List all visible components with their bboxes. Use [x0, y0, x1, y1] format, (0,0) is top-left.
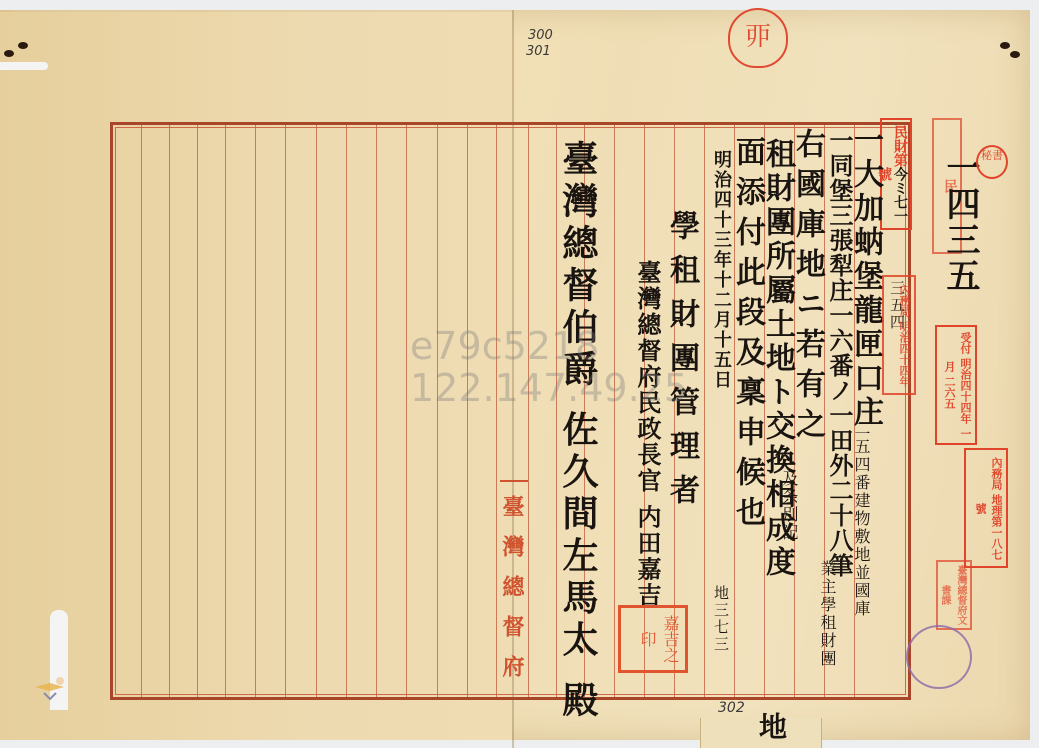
- purple-date-seal: [906, 625, 972, 689]
- text-column-9-addressee: 臺灣總督伯爵 佐久間左馬太 殿: [560, 140, 596, 723]
- pencil-page-number: 301: [526, 44, 551, 59]
- rule-line: [406, 125, 407, 697]
- registry-number: 今ミ七一: [892, 167, 908, 223]
- rule-line: [255, 125, 256, 697]
- rule-line: [141, 125, 142, 697]
- corner-big-number: 一四三五: [936, 150, 985, 294]
- form-label-bar: [500, 480, 528, 482]
- watermark-line-1: e79c5218: [410, 325, 688, 367]
- rule-line: [376, 125, 377, 697]
- text-column-6-date: 明治四十三年十二月十五日: [712, 150, 730, 390]
- pencil-page-number: 300: [528, 28, 553, 43]
- binding-hole: [18, 42, 28, 49]
- round-seal: 秘書: [976, 145, 1008, 179]
- side-stamp: 內務局 地理第一八七號: [964, 448, 1008, 568]
- watermark: e79c5218 122.147.49.25: [410, 325, 688, 409]
- text-column-5: 面添付此段及稟申候也: [732, 136, 762, 536]
- annotation-small: 二五四番建物敷地並國庫: [852, 420, 870, 618]
- side-stamp: 臺灣總督府文書課: [936, 560, 972, 630]
- binding-hole: [1010, 51, 1020, 58]
- text-column-8-signatory: 臺灣總督府民政長官 内田嘉吉: [632, 260, 662, 608]
- archive-logo-icon: [30, 665, 70, 705]
- watermark-line-2: 122.147.49.25: [410, 367, 688, 409]
- rule-line: [528, 125, 529, 697]
- paper-tear: [0, 62, 48, 70]
- rule-line: [285, 125, 286, 697]
- rule-line: [437, 125, 438, 697]
- registry-stamp: 民財第今ミ七一號: [880, 118, 912, 230]
- annotation-small: 地三七三: [712, 585, 730, 653]
- rule-line: [614, 125, 615, 697]
- rule-line: [346, 125, 347, 697]
- binding-hole: [1000, 42, 1010, 49]
- side-stamp: 內務局 明治四十四年: [882, 275, 916, 395]
- oval-seal: 丣: [728, 8, 788, 68]
- registry-stamp-prefix: 民財第: [892, 125, 908, 167]
- text-column-2: 一同堡三張犁庄一六番ノ一田外二十八筆: [826, 128, 852, 578]
- text-column-1: 一大加蚋堡龍匣口庄: [850, 124, 880, 430]
- rule-line: [467, 125, 468, 697]
- text-column-3: 右國庫地ニ若有之: [792, 128, 822, 448]
- side-stamp: 受付 明治四十四年 一月 二六五: [935, 325, 977, 445]
- pencil-page-number-bottom: 302: [718, 700, 745, 716]
- rule-line: [169, 125, 170, 697]
- binding-hole: [4, 50, 14, 57]
- annotation-small: 業主學租財團: [818, 560, 836, 668]
- form-label: 臺灣總督府: [497, 495, 528, 695]
- annotation-small: 及条別記: [780, 470, 798, 542]
- signer-seal: 嘉吉之印: [618, 605, 688, 673]
- rule-line: [197, 125, 198, 697]
- bottom-tab-character: 地: [756, 712, 786, 744]
- rule-line: [704, 125, 705, 697]
- rule-line: [225, 125, 226, 697]
- rule-line: [316, 125, 317, 697]
